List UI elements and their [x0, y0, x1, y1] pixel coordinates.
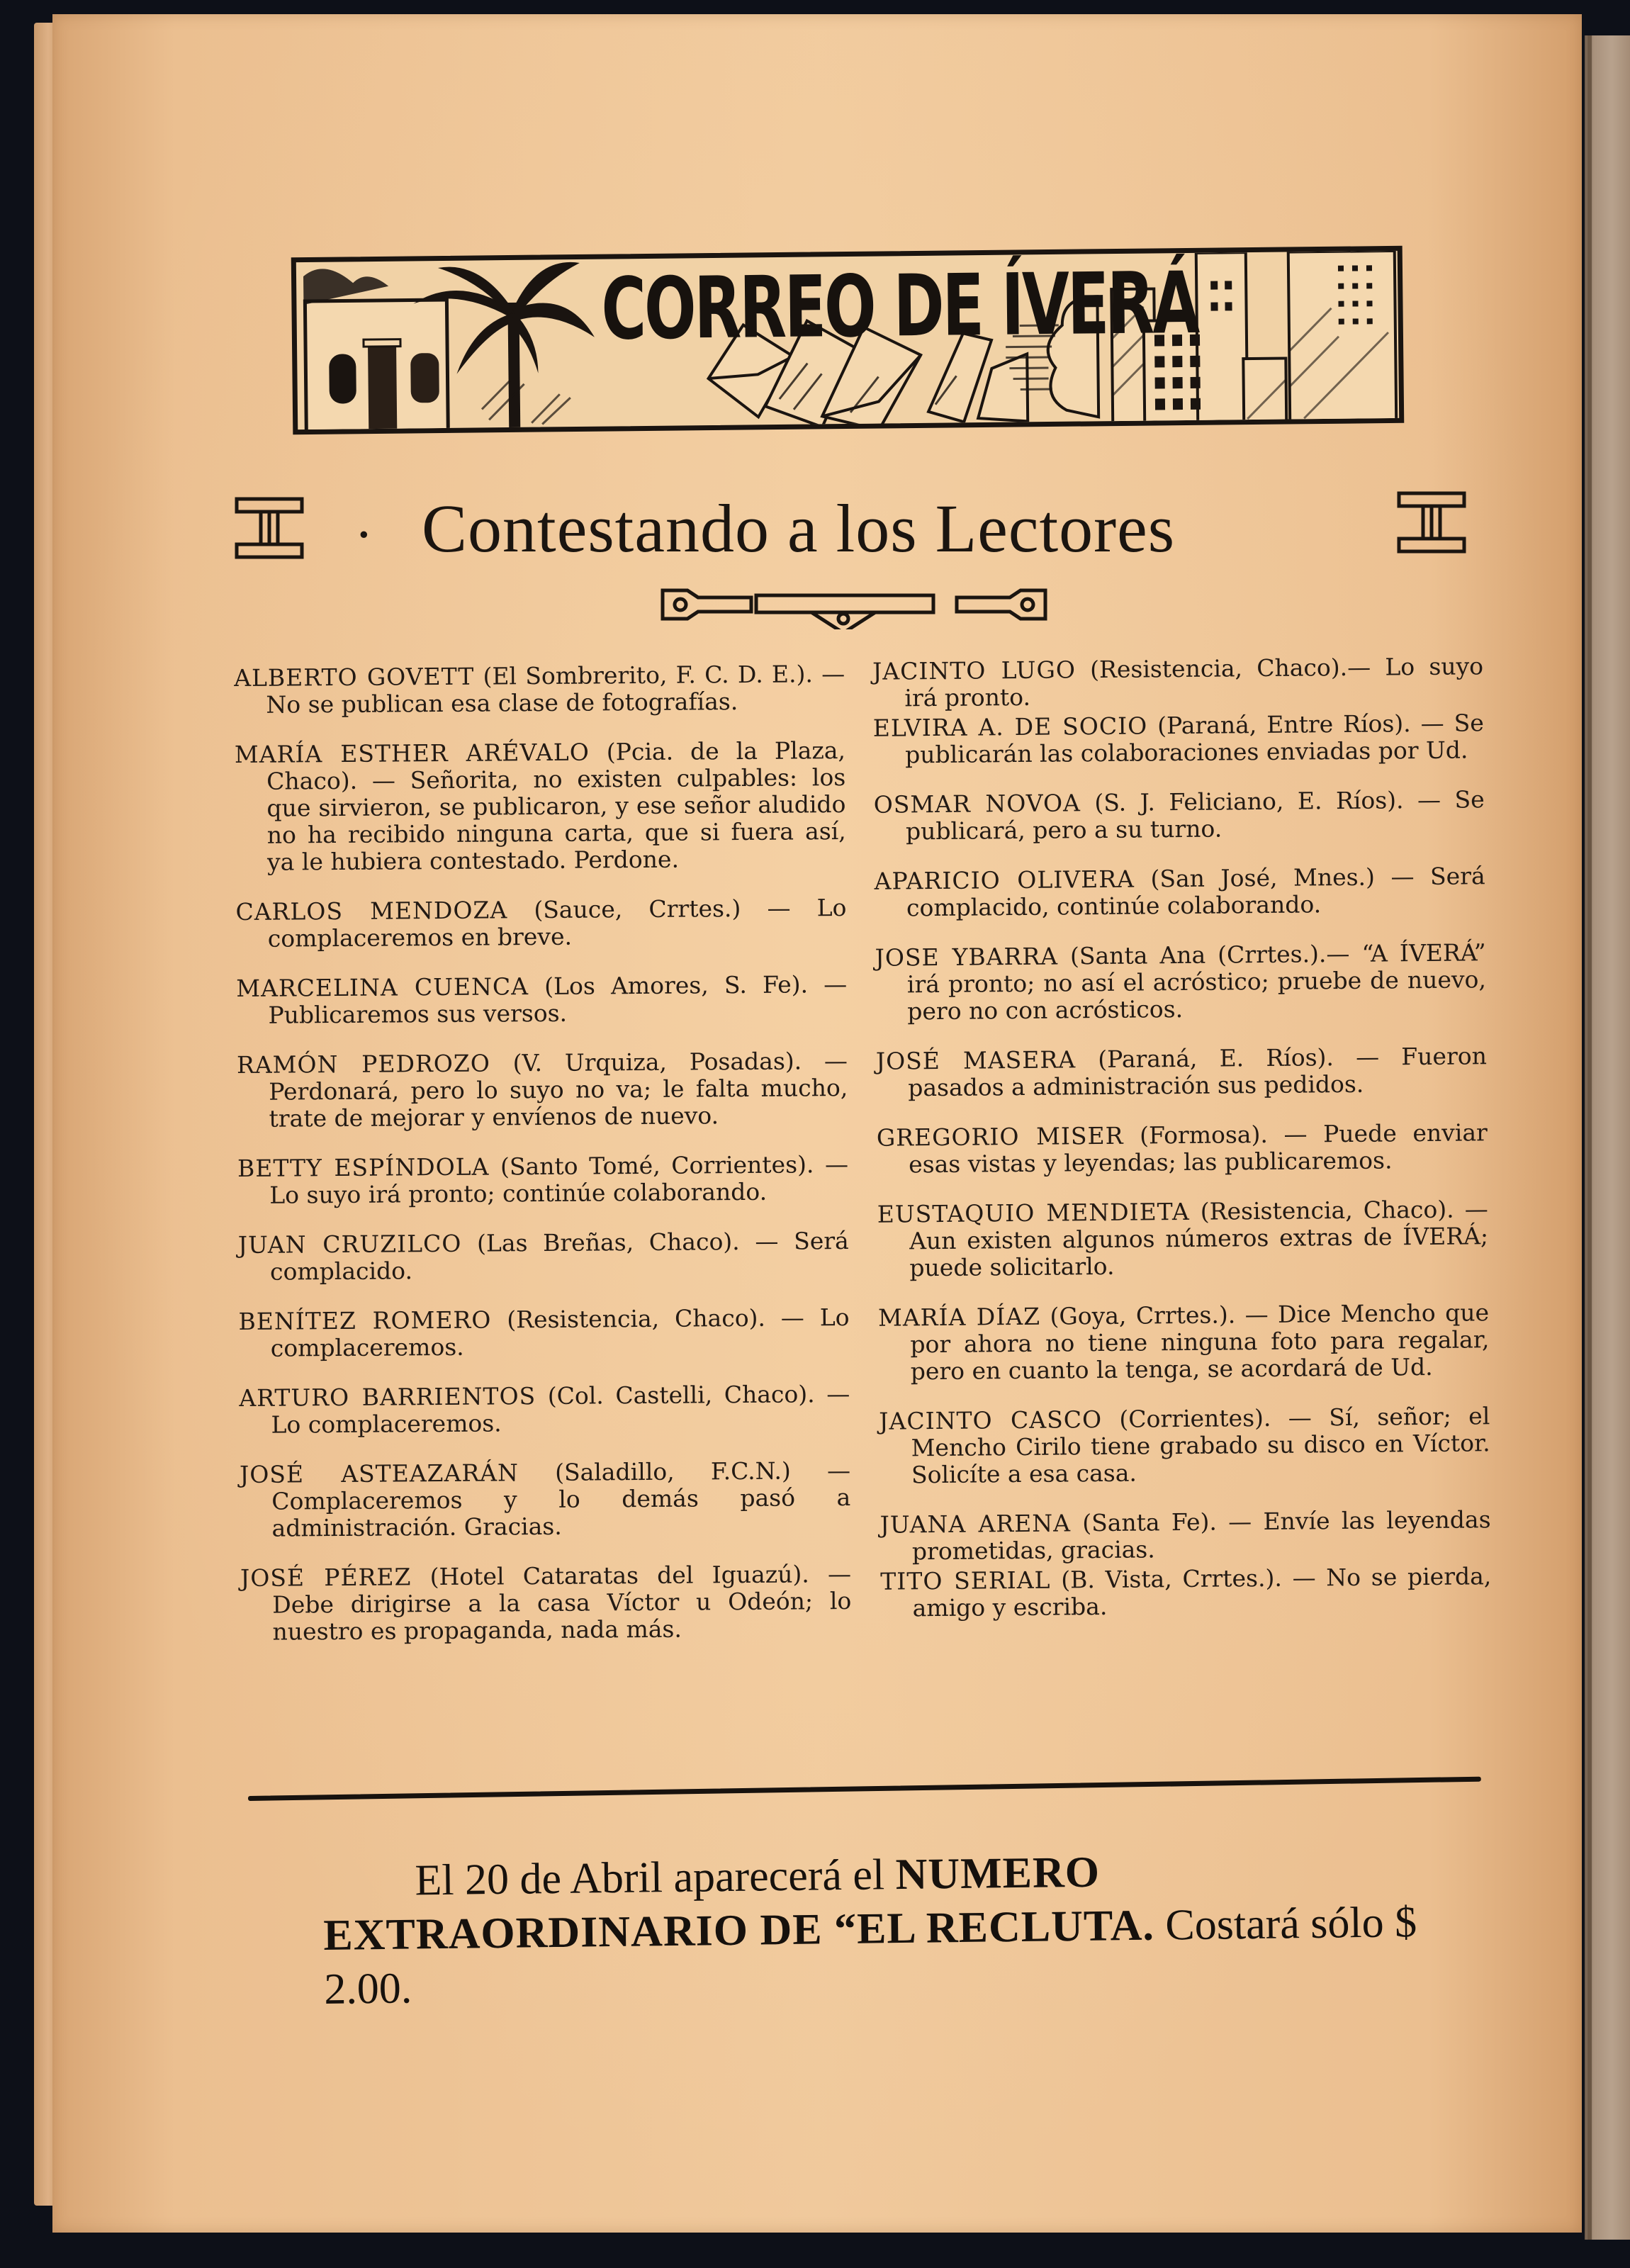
reply-entry: OSMAR NOVOA (S. J. Feliciano, E. Ríos). …: [874, 786, 1485, 846]
reply-entry: JACINTO LUGO (Resistencia, Chaco).— Lo s…: [872, 653, 1484, 712]
reply-entry: JOSÉ ASTEAZARÁN (Saladillo, F.C.N.) — Co…: [240, 1457, 851, 1542]
i-beam-ornament-icon: [234, 496, 305, 560]
reply-entry: RAMÓN PEDROZO (V. Urquiza, Posadas). — P…: [237, 1048, 848, 1133]
reply-entry: JACINTO CASCO (Corrientes). — Sí, señor;…: [879, 1403, 1490, 1489]
correo-banner: CORREO DE ÍVERÁ: [291, 246, 1405, 434]
adjacent-page-edge: [1585, 35, 1630, 2240]
reply-entry: ARTURO BARRIENTOS (Col. Castelli, Chaco)…: [239, 1381, 850, 1439]
replies-column-left: ALBERTO GOVETT (El Sombrerito, F. C. D. …: [234, 661, 852, 1668]
reply-entry: JUANA ARENA (Santa Fe). — Envíe las leye…: [879, 1506, 1491, 1566]
reply-entry: TITO SERIAL (B. Vista, Crrtes.). — No se…: [880, 1563, 1492, 1622]
reply-entry: JUAN CRUZILCO (Las Breñas, Chaco). — Ser…: [238, 1228, 850, 1286]
reply-entry: BETTY ESPÍNDOLA (Santo Tomé, Corrientes)…: [237, 1151, 849, 1209]
reply-entry: GREGORIO MISER (Formosa). — Puede enviar…: [877, 1119, 1488, 1179]
section-title: Contestando a los Lectores: [422, 489, 1175, 568]
section-heading: · Contestando a los Lectores: [234, 489, 1467, 588]
reply-entry: MARCELINA CUENCA (Los Amores, S. Fe). — …: [236, 971, 848, 1029]
reply-entry: MARÍA ESTHER ARÉVALO (Pcia. de la Plaza,…: [235, 737, 846, 876]
reply-entry: JOSÉ PÉREZ (Hotel Cataratas del Iguazú).…: [240, 1561, 852, 1646]
reply-entry: CARLOS MENDOZA (Sauce, Crrtes.) — Lo com…: [235, 894, 847, 953]
reply-entry: BENÍTEZ ROMERO (Resistencia, Chaco). — L…: [238, 1304, 850, 1362]
reply-entry: JOSE YBARRA (Santa Ana (Crrtes.).— “A ÍV…: [875, 939, 1486, 1026]
i-beam-ornament-icon: [1396, 490, 1467, 554]
heading-dot: ·: [354, 503, 373, 568]
announcement-notice: El 20 de Abril aparecerá el NUMERO EXTRA…: [322, 1841, 1430, 2016]
replies-column-right: JACINTO LUGO (Resistencia, Chaco).— Lo s…: [872, 653, 1492, 1644]
reply-entry: EUSTAQUIO MENDIETA (Resistencia, Chaco).…: [877, 1196, 1489, 1282]
banner-title: CORREO DE ÍVERÁ: [601, 262, 1198, 353]
reply-entry: ELVIRA A. DE SOCIO (Paraná, Entre Ríos).…: [873, 709, 1485, 769]
reply-entry: APARICIO OLIVERA (San José, Mnes.) — Ser…: [875, 863, 1486, 922]
reply-entry: MARÍA DÍAZ (Goya, Crrtes.). — Dice Mench…: [878, 1299, 1490, 1386]
reply-entry: JOSÉ MASERA (Paraná, E. Ríos). — Fueron …: [876, 1043, 1488, 1102]
reply-entry: ALBERTO GOVETT (El Sombrerito, F. C. D. …: [234, 661, 845, 719]
scroll-divider-ornament-icon: [656, 580, 1052, 629]
